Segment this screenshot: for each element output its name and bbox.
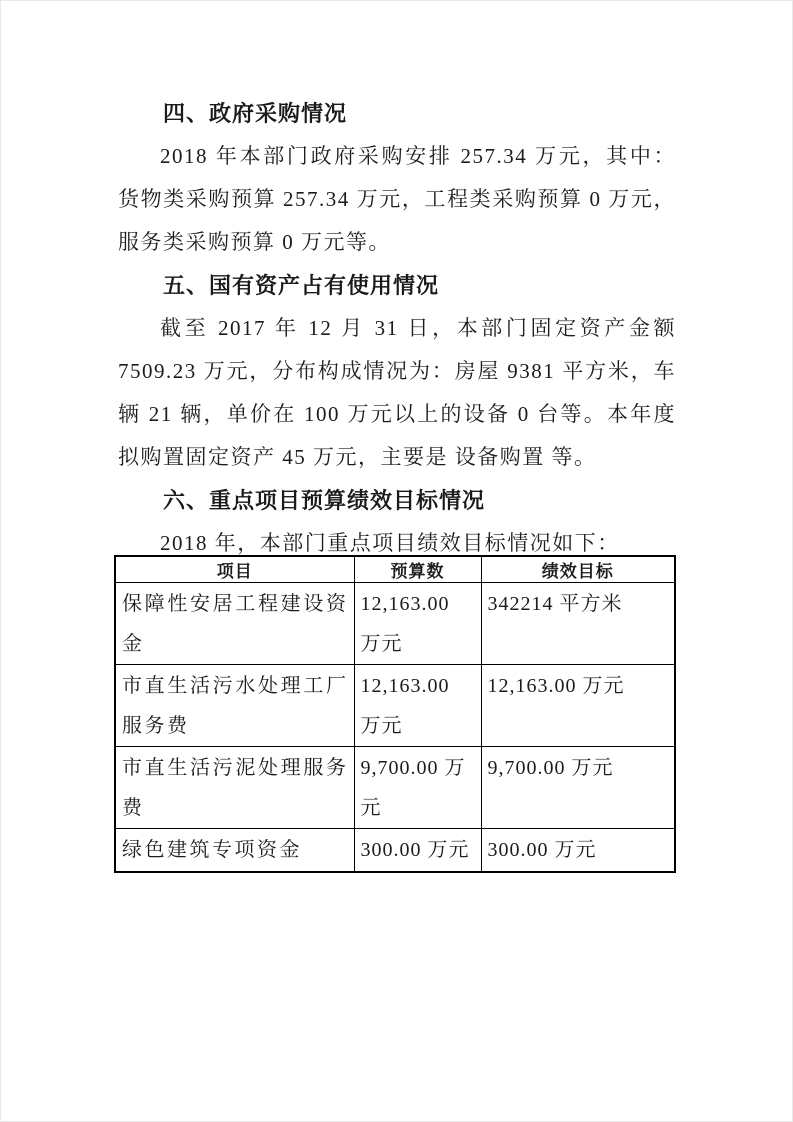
cell-budget-amount: 12,163.00 万元 [354, 665, 481, 747]
section-key-projects: 六、重点项目预算绩效目标情况 2018 年，本部门重点项目绩效目标情况如下： [118, 479, 676, 565]
section-government-procurement: 四、政府采购情况 2018 年本部门政府采购安排 257.34 万元，其中：货物… [118, 92, 676, 264]
cell-performance-target: 9,700.00 万元 [481, 747, 675, 829]
cell-performance-target: 300.00 万元 [481, 829, 675, 872]
cell-project-name: 保障性安居工程建设资金 [115, 583, 354, 665]
table-row: 保障性安居工程建设资金 12,163.00 万元 342214 平方米 [115, 583, 675, 665]
section-heading-procurement: 四、政府采购情况 [118, 92, 676, 135]
cell-performance-target: 12,163.00 万元 [481, 665, 675, 747]
section-state-assets: 五、国有资产占有使用情况 截至 2017 年 12 月 31 日，本部门固定资产… [118, 264, 676, 479]
performance-target-table: 项目 预算数 绩效目标 保障性安居工程建设资金 12,163.00 万元 342… [114, 555, 676, 873]
cell-performance-target: 342214 平方米 [481, 583, 675, 665]
cell-project-name: 绿色建筑专项资金 [115, 829, 354, 872]
table-row: 市直生活污水处理工厂服务费 12,163.00 万元 12,163.00 万元 [115, 665, 675, 747]
cell-project-name: 市直生活污水处理工厂服务费 [115, 665, 354, 747]
section-heading-state-assets: 五、国有资产占有使用情况 [118, 264, 676, 307]
section-heading-key-projects: 六、重点项目预算绩效目标情况 [118, 479, 676, 522]
paragraph-state-assets: 截至 2017 年 12 月 31 日，本部门固定资产金额 7509.23 万元… [118, 307, 676, 479]
cell-project-name: 市直生活污泥处理服务费 [115, 747, 354, 829]
cell-budget-amount: 9,700.00 万元 [354, 747, 481, 829]
cell-budget-amount: 300.00 万元 [354, 829, 481, 872]
table-row: 市直生活污泥处理服务费 9,700.00 万元 9,700.00 万元 [115, 747, 675, 829]
table-row: 绿色建筑专项资金 300.00 万元 300.00 万元 [115, 829, 675, 872]
paragraph-procurement: 2018 年本部门政府采购安排 257.34 万元，其中：货物类采购预算 257… [118, 135, 676, 264]
cell-budget-amount: 12,163.00 万元 [354, 583, 481, 665]
document-page: 四、政府采购情况 2018 年本部门政府采购安排 257.34 万元，其中：货物… [0, 0, 793, 1122]
